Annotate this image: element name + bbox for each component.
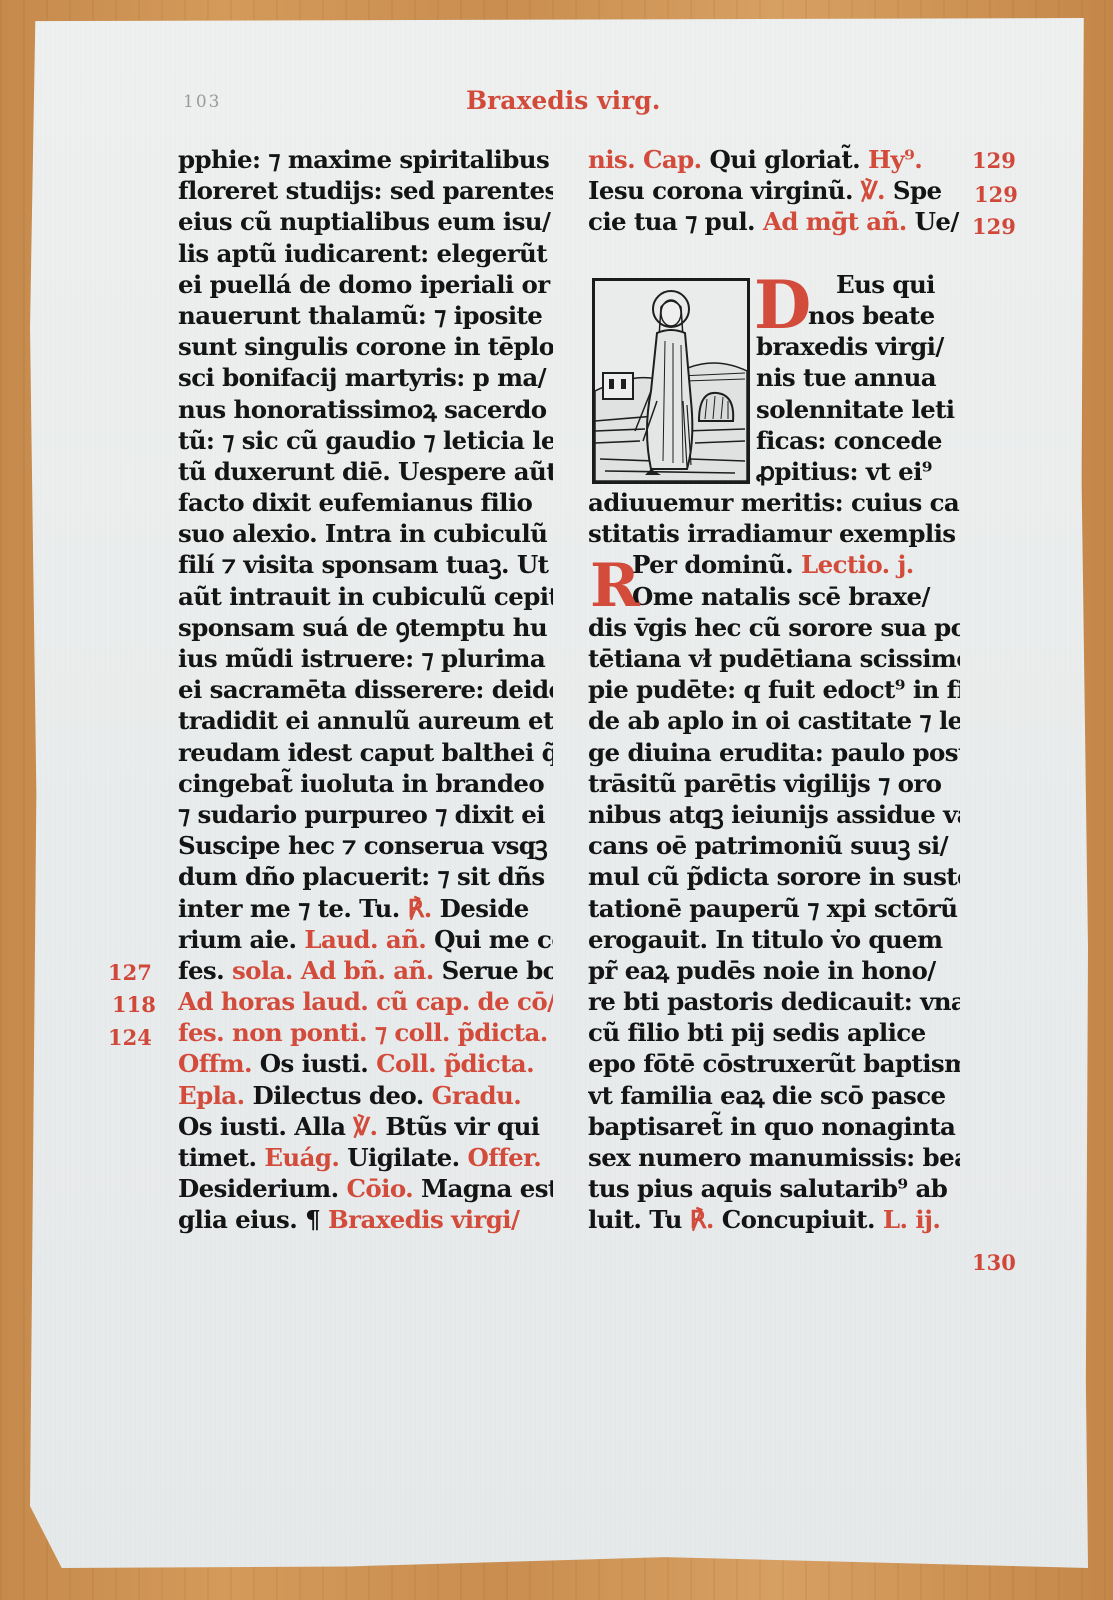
text-line: trāsitũ parētis vigilijs ⁊ oro	[588, 768, 960, 799]
text-line: sunt singulis corone in tēplo	[178, 331, 553, 362]
margin-number: 129	[974, 182, 1018, 207]
text-line: ge diuina erudita: paulo post	[588, 737, 960, 768]
text-line: ei sacramēta disserere: deide	[178, 674, 553, 705]
text-line: tũ duxerunt diē. Uespere aũt	[178, 456, 553, 487]
text-line: epo fōtē cōstruxerũt baptismi	[588, 1048, 960, 1079]
running-head: Braxedis virg.	[466, 86, 660, 115]
text-line: sci bonifacij martyris: p ma/	[178, 362, 553, 393]
rubric-line: Os iusti. Alla ℣. Btũs vir qui	[178, 1111, 553, 1142]
rubric-line: luit. Tu ℟. Concupiuit. L. ij.	[588, 1204, 960, 1235]
rubric-line: Iesu corona virginũ. ℣. Spe	[588, 175, 960, 206]
text-line: nus honoratissimoꝝ sacerdo	[178, 394, 553, 425]
rubric-line: fes. non ponti. ⁊ coll. p̃dicta.	[178, 1017, 553, 1048]
text-line: cingebat̃ iuoluta in brandeo	[178, 768, 553, 799]
rubric-line: Offm. Os iusti. Coll. p̃dicta.	[178, 1048, 553, 1079]
text-line: dum dño placuerit: ⁊ sit dñs	[178, 861, 553, 892]
text-line: erogauit. In titulo v̇o quem	[588, 924, 960, 955]
text-line: Suscipe hec ⁊ conserua vsqꝫ	[178, 830, 553, 861]
text-line: re bti pastoris dedicauit: vna	[588, 986, 960, 1017]
text-line: pr̃ eaꝝ pudēs noie in hono/	[588, 955, 960, 986]
rubric-line: rium aie. Laud. añ. Qui me cō	[178, 924, 553, 955]
rubric-line: Per dominũ. Lectio. j.	[588, 549, 960, 580]
text-line: eius cũ nuptialibus eum isu/	[178, 206, 553, 237]
text-line: de ab aplo in oi castitate ⁊ le	[588, 705, 960, 736]
text-line: lis aptũ iudicarent: elegerũt	[178, 238, 553, 269]
text-line: ius mũdi istruere: ⁊ plurima	[178, 643, 553, 674]
text-line: dis v̄gis hec cũ sorore sua po	[588, 612, 960, 643]
text-line: ei puellá de domo iperiali or	[178, 269, 553, 300]
lectio-heading: Lectio. j.	[801, 550, 914, 579]
margin-number: 118	[112, 992, 156, 1017]
rubric-line: ni sponsa christi. Collecta.	[588, 238, 960, 269]
text-line: adiuuemur meritis: cuius ca	[588, 487, 960, 518]
text-line: ⁊ sudario purpureo ⁊ dixit ei	[178, 799, 553, 830]
rubric-line: Desiderium. Cōio. Magna est	[178, 1173, 553, 1204]
rubric-line: timet. Euág. Uigilate. Offer.	[178, 1142, 553, 1173]
margin-number: 129	[972, 148, 1016, 173]
text-line: pphie: ⁊ maxime spiritalibus	[178, 144, 553, 175]
faded-page-number: 103	[183, 92, 221, 112]
rubric-line: fes. sola. Ad bñ. añ. Serue bo.	[178, 955, 553, 986]
red-initial-d: D	[754, 272, 811, 338]
text-line: aũt intrauit in cubiculũ cepit	[178, 581, 553, 612]
margin-number: 127	[108, 960, 152, 985]
saint-figure-icon	[595, 281, 747, 481]
rubric-line: nis. Cap. Qui gloriat̃. Hy⁹.	[588, 144, 960, 175]
text-line: Ome natalis scē braxe/	[588, 581, 960, 612]
text-line: tationē pauperũ ⁊ xpi sctōrũ	[588, 893, 960, 924]
text-line: cũ filio bti pij sedis aplice	[588, 1017, 960, 1048]
left-text-column: pphie: ⁊ maxime spiritalibus floreret st…	[178, 144, 553, 1236]
red-initial-r: R	[590, 556, 640, 616]
text-line: nauerunt thalamũ: ⁊ iposite	[178, 300, 553, 331]
text-line: stitatis irradiamur exemplis	[588, 518, 960, 549]
text-line: vt familia eaꝝ die scō pasce	[588, 1080, 960, 1111]
text-line: sex numero manumissis: bea	[588, 1142, 960, 1173]
text-line: reudam idest caput balthei q̃	[178, 737, 553, 768]
text-line: filí ⁊ visita sponsam tuaꝫ. Ut	[178, 549, 553, 580]
margin-number: 130	[972, 1250, 1016, 1275]
rubric-line: glia eius. ¶ Braxedis virgi/	[178, 1204, 553, 1235]
text-line: nibus atqꝫ ieiunijs assidue va	[588, 799, 960, 830]
text-line: mul cũ p̃dicta sorore in sustē	[588, 861, 960, 892]
rubric-line: inter me ⁊ te. Tu. ℟. Deside	[178, 893, 553, 924]
text-line: baptisaret̃ in quo nonaginta	[588, 1111, 960, 1142]
text-line: pie pudēte: q fuit edoct⁹ in fi	[588, 674, 960, 705]
response-sign: ℟.	[408, 894, 432, 923]
text-line: sponsam suá de ꝯtemptu hu	[178, 612, 553, 643]
rubric-line: Epla. Dilectus deo. Gradu.	[178, 1080, 553, 1111]
margin-number: 124	[108, 1025, 152, 1050]
woodcut-saint-illustration	[592, 278, 750, 484]
text-line: tus pius aquis salutarib⁹ ab	[588, 1173, 960, 1204]
text-line: floreret studijs: sed parentes	[178, 175, 553, 206]
text-line: tradidit ei annulũ aureum et	[178, 705, 553, 736]
rubric-line: cie tua ⁊ pul. Ad mḡt añ. Ue/	[588, 206, 960, 237]
text-line: facto dixit eufemianus filio	[178, 487, 553, 518]
text-line: cans oē patrimoniũ suuꝫ si/	[588, 830, 960, 861]
margin-number: 129	[972, 214, 1016, 239]
rubric-line: Ad horas laud. cũ cap. de cō/	[178, 986, 553, 1017]
text-line: tētiana vł pudētiana scissimo	[588, 643, 960, 674]
text-line: tũ: ⁊ sic cũ gaudio ⁊ leticia le	[178, 425, 553, 456]
text-line: suo alexio. Intra in cubiculũ	[178, 518, 553, 549]
